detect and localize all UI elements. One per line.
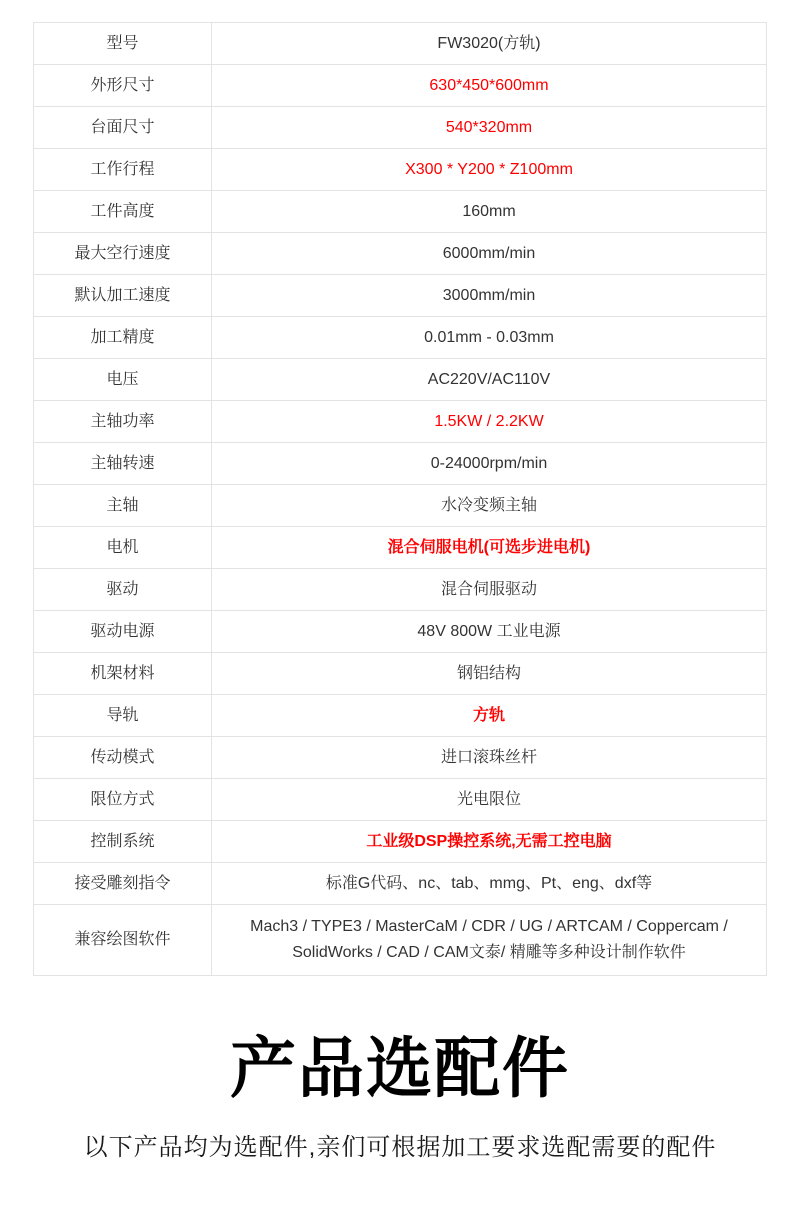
- table-row: 台面尺寸540*320mm: [34, 107, 766, 149]
- spec-label: 台面尺寸: [34, 107, 212, 148]
- spec-label: 驱动电源: [34, 611, 212, 652]
- spec-label: 主轴功率: [34, 401, 212, 442]
- spec-value: 1.5KW / 2.2KW: [212, 401, 766, 442]
- spec-value: 630*450*600mm: [212, 65, 766, 106]
- table-row: 控制系统工业级DSP操控系统,无需工控电脑: [34, 821, 766, 863]
- spec-label: 主轴: [34, 485, 212, 526]
- spec-value: 540*320mm: [212, 107, 766, 148]
- table-row: 电压AC220V/AC110V: [34, 359, 766, 401]
- spec-value: 6000mm/min: [212, 233, 766, 274]
- table-row: 驱动混合伺服驱动: [34, 569, 766, 611]
- spec-value: 标准G代码、nc、tab、mmg、Pt、eng、dxf等: [212, 863, 766, 904]
- table-row: 驱动电源48V 800W 工业电源: [34, 611, 766, 653]
- spec-value: 进口滚珠丝杆: [212, 737, 766, 778]
- table-row: 传动模式进口滚珠丝杆: [34, 737, 766, 779]
- spec-label: 传动模式: [34, 737, 212, 778]
- table-row: 限位方式光电限位: [34, 779, 766, 821]
- spec-label: 机架材料: [34, 653, 212, 694]
- options-section-title: 产品选配件: [0, 1032, 800, 1105]
- spec-value: Mach3 / TYPE3 / MasterCaM / CDR / UG / A…: [212, 905, 766, 975]
- spec-value: 160mm: [212, 191, 766, 232]
- product-detail-page: 型号FW3020(方轨)外形尺寸630*450*600mm台面尺寸540*320…: [0, 22, 800, 1162]
- spec-label: 工作行程: [34, 149, 212, 190]
- spec-value: 3000mm/min: [212, 275, 766, 316]
- spec-label: 限位方式: [34, 779, 212, 820]
- table-row: 默认加工速度3000mm/min: [34, 275, 766, 317]
- table-row: 主轴功率1.5KW / 2.2KW: [34, 401, 766, 443]
- options-section-header: 产品选配件 以下产品均为选配件,亲们可根据加工要求选配需要的配件: [0, 1032, 800, 1162]
- table-row: 型号FW3020(方轨): [34, 23, 766, 65]
- spec-value: 0.01mm - 0.03mm: [212, 317, 766, 358]
- table-row: 加工精度0.01mm - 0.03mm: [34, 317, 766, 359]
- spec-value: 钢铝结构: [212, 653, 766, 694]
- spec-label: 导轨: [34, 695, 212, 736]
- table-row: 主轴水冷变频主轴: [34, 485, 766, 527]
- spec-value: X300 * Y200 * Z100mm: [212, 149, 766, 190]
- spec-label: 兼容绘图软件: [34, 905, 212, 975]
- spec-value: AC220V/AC110V: [212, 359, 766, 400]
- spec-label: 最大空行速度: [34, 233, 212, 274]
- spec-table: 型号FW3020(方轨)外形尺寸630*450*600mm台面尺寸540*320…: [33, 22, 767, 976]
- spec-value: 0-24000rpm/min: [212, 443, 766, 484]
- table-row: 接受雕刻指令标准G代码、nc、tab、mmg、Pt、eng、dxf等: [34, 863, 766, 905]
- spec-value: 水冷变频主轴: [212, 485, 766, 526]
- spec-label: 电机: [34, 527, 212, 568]
- spec-label: 接受雕刻指令: [34, 863, 212, 904]
- spec-label: 型号: [34, 23, 212, 64]
- spec-label: 驱动: [34, 569, 212, 610]
- table-row: 兼容绘图软件Mach3 / TYPE3 / MasterCaM / CDR / …: [34, 905, 766, 975]
- spec-label: 默认加工速度: [34, 275, 212, 316]
- spec-label: 电压: [34, 359, 212, 400]
- spec-value: 方轨: [212, 695, 766, 736]
- spec-value: FW3020(方轨): [212, 23, 766, 64]
- spec-value: 光电限位: [212, 779, 766, 820]
- spec-label: 控制系统: [34, 821, 212, 862]
- spec-label: 外形尺寸: [34, 65, 212, 106]
- table-row: 主轴转速0-24000rpm/min: [34, 443, 766, 485]
- spec-value: 48V 800W 工业电源: [212, 611, 766, 652]
- spec-label: 工件高度: [34, 191, 212, 232]
- spec-value: 混合伺服电机(可选步进电机): [212, 527, 766, 568]
- spec-value: 工业级DSP操控系统,无需工控电脑: [212, 821, 766, 862]
- table-row: 导轨方轨: [34, 695, 766, 737]
- table-row: 外形尺寸630*450*600mm: [34, 65, 766, 107]
- spec-value: 混合伺服驱动: [212, 569, 766, 610]
- table-row: 工件高度160mm: [34, 191, 766, 233]
- spec-label: 主轴转速: [34, 443, 212, 484]
- table-row: 最大空行速度6000mm/min: [34, 233, 766, 275]
- table-row: 电机混合伺服电机(可选步进电机): [34, 527, 766, 569]
- table-row: 工作行程X300 * Y200 * Z100mm: [34, 149, 766, 191]
- spec-label: 加工精度: [34, 317, 212, 358]
- options-section-subtitle: 以下产品均为选配件,亲们可根据加工要求选配需要的配件: [0, 1127, 800, 1162]
- table-row: 机架材料钢铝结构: [34, 653, 766, 695]
